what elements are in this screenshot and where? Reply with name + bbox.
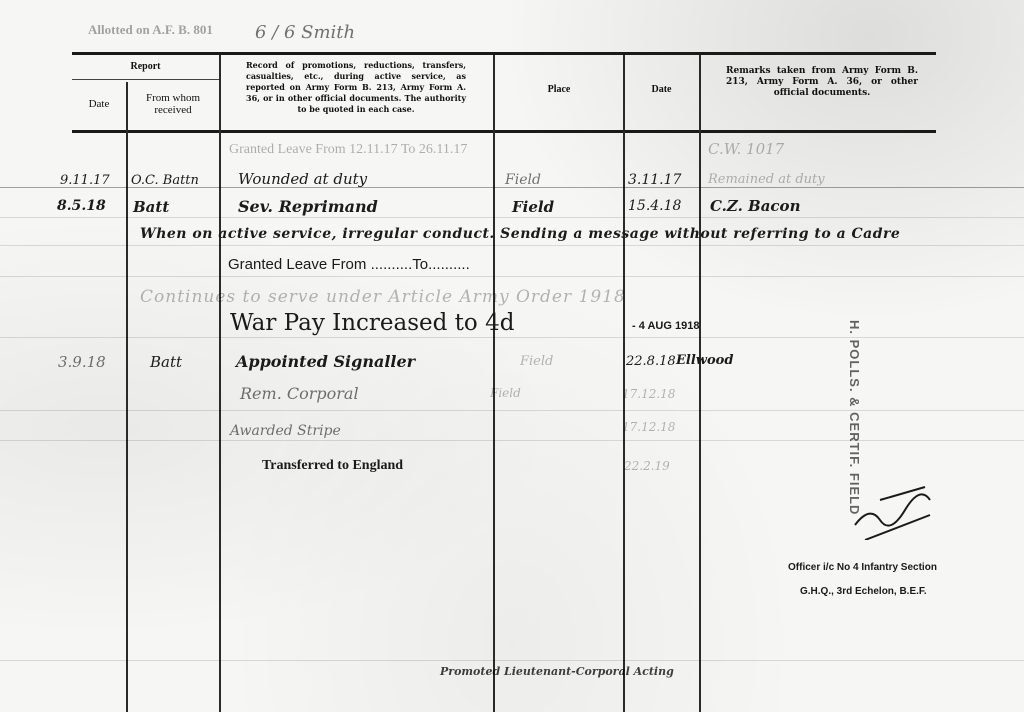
war-pay-stamp: War Pay Increased to 4d <box>230 310 514 336</box>
entry-record: Granted Leave From ..........To.........… <box>228 256 470 273</box>
entry-from: O.C. Battn <box>131 173 199 188</box>
header-date: Date <box>72 98 126 110</box>
entry-from: Batt <box>133 198 169 216</box>
header-remarks: Remarks taken from Army Form B. 213, Arm… <box>726 66 918 99</box>
entry-date2: 22.8.18 <box>626 354 676 369</box>
entry-date: 3.9.18 <box>58 353 106 371</box>
entry-date2: 17.12.18 <box>622 387 675 401</box>
entry-record-continued: When on active service, irregular conduc… <box>140 226 900 242</box>
entry-date: 9.11.17 <box>60 173 110 188</box>
col-divider-5 <box>699 55 701 712</box>
entry-record-faint: Continues to serve under Article Army Or… <box>140 287 626 307</box>
header-report: Report <box>72 61 219 73</box>
entry-remarks: Remained at duty <box>708 172 825 187</box>
entry-date2: 15.4.18 <box>628 198 681 214</box>
entry-record: Awarded Stripe <box>230 423 341 439</box>
header-record: Record of promotions, reductions, transf… <box>246 60 466 115</box>
entry-remarks: C.W. 1017 <box>708 140 784 158</box>
entry-place: Field <box>490 386 521 400</box>
ruling-line <box>0 660 1024 661</box>
ruling-line <box>0 276 1024 277</box>
entry-date: 8.5.18 <box>57 198 106 214</box>
entry-place: Field <box>512 198 554 216</box>
entry-record: Rem. Corporal <box>240 384 359 403</box>
entry-record: Sev. Reprimand <box>238 197 378 216</box>
header-date2: Date <box>624 84 699 96</box>
col-divider-3 <box>493 55 495 712</box>
signature-mark <box>850 485 940 540</box>
war-pay-date-stamp: - 4 AUG 1918 <box>632 320 699 332</box>
service-record-page: Allotted on A.F. B. 801 6 / 6 Smith Repo… <box>0 0 1024 712</box>
entry-record: Wounded at duty <box>238 170 367 188</box>
ruling-line <box>0 410 1024 411</box>
col-divider-2 <box>219 55 221 712</box>
entry-remarks: Ellwood <box>676 353 733 368</box>
allotted-note: Allotted on A.F. B. 801 <box>88 22 213 38</box>
officer-stamp-line2: G.H.Q., 3rd Echelon, B.E.F. <box>800 586 927 597</box>
header-top-rule <box>72 52 936 55</box>
header-from-whom: From whom received <box>132 92 214 116</box>
entry-record: Granted Leave From 12.11.17 To 26.11.17 <box>229 142 467 158</box>
entry-date2: 3.11.17 <box>628 172 681 188</box>
entry-record: Appointed Signaller <box>236 352 415 371</box>
entry-place: Field <box>520 354 553 369</box>
transferred-stamp: Transferred to England <box>262 458 403 474</box>
entry-from: Batt <box>150 353 182 371</box>
col-divider-4 <box>623 55 625 712</box>
col-divider-1 <box>126 82 128 712</box>
ruling-line <box>0 217 1024 218</box>
ruling-line <box>0 440 1024 441</box>
ruling-line <box>0 245 1024 246</box>
report-subrule <box>72 79 220 80</box>
entry-date2: 17.12.18 <box>622 420 675 434</box>
entry-remarks: C.Z. Bacon <box>710 197 800 215</box>
header-bottom-rule <box>72 130 936 133</box>
header-place: Place <box>495 84 623 96</box>
ruling-line <box>0 337 1024 338</box>
entry-place: Field <box>505 172 541 188</box>
top-handwriting: 6 / 6 Smith <box>255 22 355 43</box>
bottom-handwriting: Promoted Lieutenant-Corporal Acting <box>440 665 674 678</box>
entry-date2: 22.2.19 <box>624 459 670 473</box>
officer-stamp-line1: Officer i/c No 4 Infantry Section <box>788 562 937 573</box>
